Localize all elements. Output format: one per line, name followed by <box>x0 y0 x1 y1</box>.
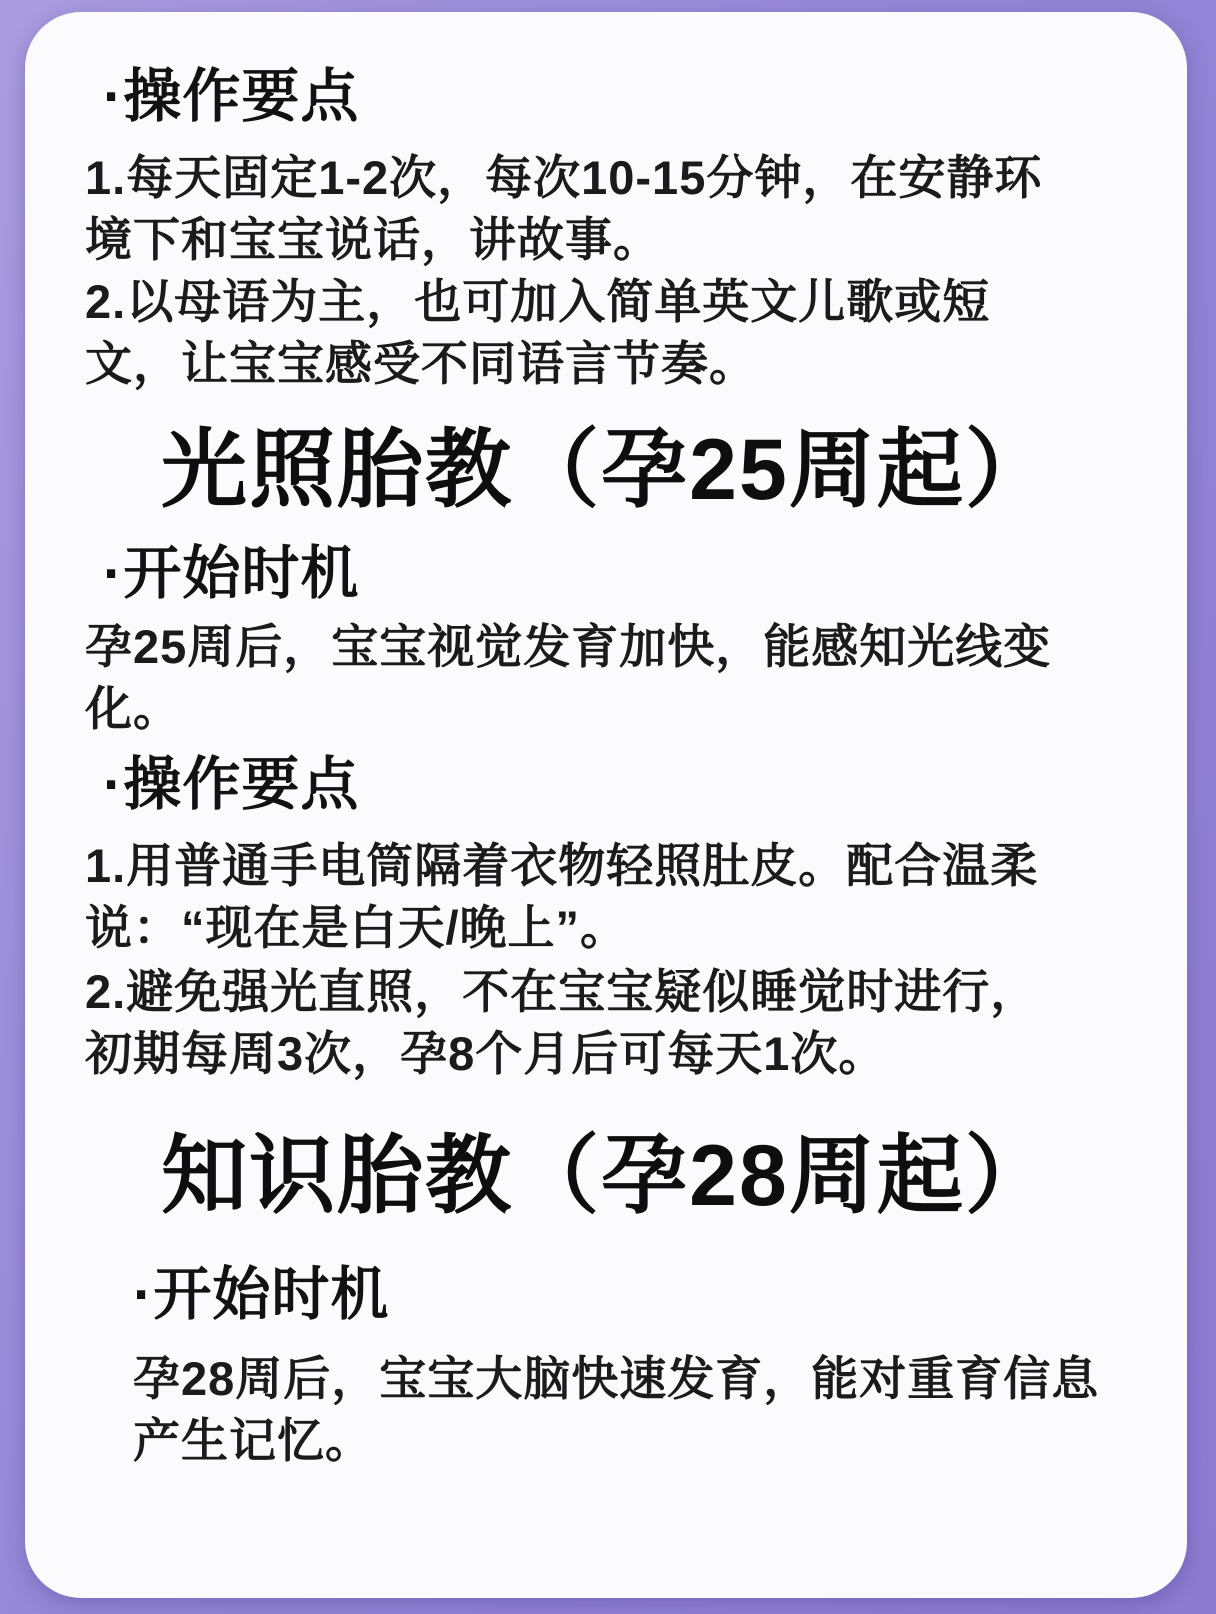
section1-points-heading: ·操作要点 <box>85 64 1129 131</box>
section2-title: 光照胎教（孕25周起） <box>85 423 1129 518</box>
section3-title: 知识胎教（孕28周起） <box>85 1129 1129 1224</box>
section1-point-1: 1.每天固定1-2次，每次10-15分钟，在安静环 境下和宝宝说话，讲故事。 <box>85 147 1129 271</box>
content-card: ·操作要点 1.每天固定1-2次，每次10-15分钟，在安静环 境下和宝宝说话，… <box>25 12 1187 1598</box>
section1-point-2: 2.以母语为主，也可加入简单英文儿歌或短 文，让宝宝感受不同语言节奏。 <box>85 271 1129 395</box>
section2-point-1: 1.用普通手电筒隔着衣物轻照肚皮。配合温柔 说：“现在是白天/晚上”。 <box>85 835 1129 959</box>
page-background: { "page": { "background_gradient_start":… <box>0 0 1216 1614</box>
section3-timing-heading: ·开始时机 <box>85 1262 1129 1329</box>
section3-timing-text: 孕28周后，宝宝大脑快速发育，能对重育信息 产生记忆。 <box>85 1348 1129 1472</box>
section2-points-heading: ·操作要点 <box>85 752 1129 819</box>
section2-point-2: 2.避免强光直照，不在宝宝疑似睡觉时进行， 初期每周3次，孕8个月后可每天1次。 <box>85 961 1129 1085</box>
section2-timing-text: 孕25周后，宝宝视觉发育加快，能感知光线变 化。 <box>85 616 1129 740</box>
section2-timing-heading: ·开始时机 <box>85 541 1129 608</box>
